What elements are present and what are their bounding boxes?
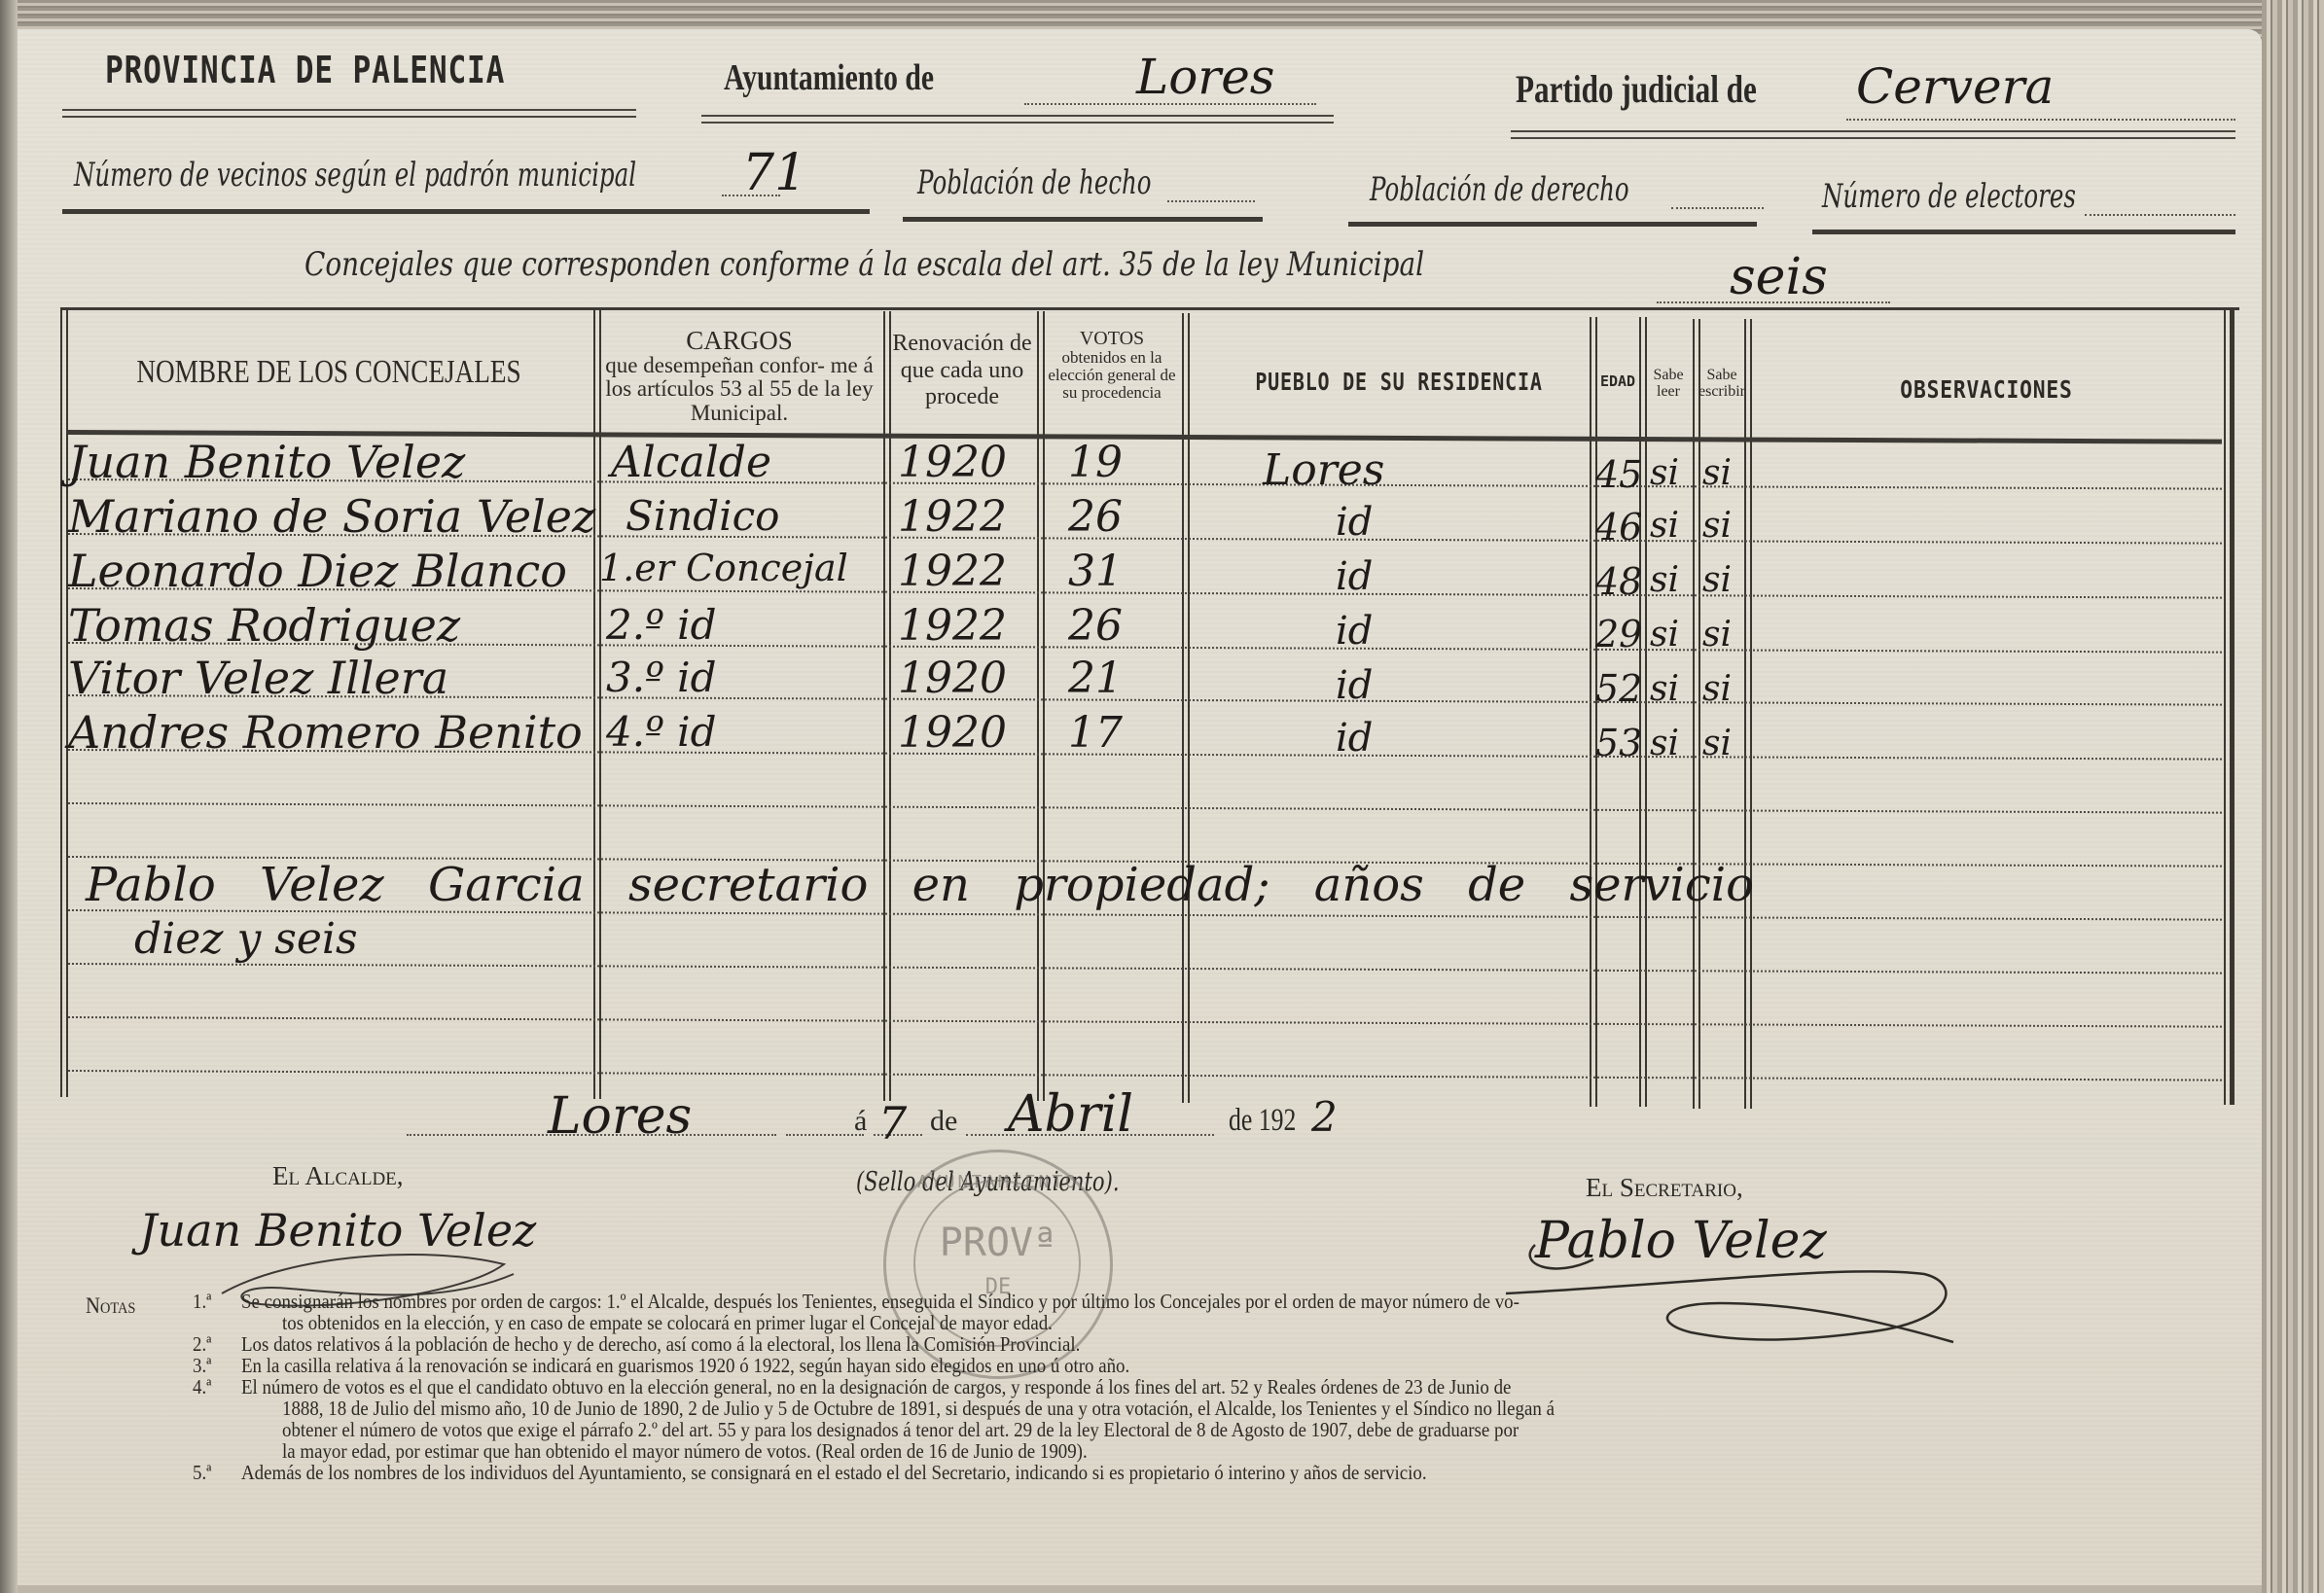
col-header-cargos-title: CARGOS (597, 327, 881, 354)
cell-escribir: si (1702, 506, 1732, 546)
date-day: 7 (878, 1097, 907, 1150)
rule (1511, 130, 2235, 139)
cell-edad: 53 (1595, 722, 1642, 764)
cell-renovacion: 1920 (898, 438, 1007, 487)
cell-edad: 45 (1595, 453, 1642, 496)
cell-renovacion: 1922 (898, 601, 1007, 651)
cell-renovacion: 1920 (898, 708, 1007, 758)
ayuntamiento-value: Lores (1136, 49, 1274, 105)
row-line (68, 802, 2222, 814)
concejales-value: seis (1730, 248, 1828, 306)
cell-pueblo: id (1336, 663, 1373, 708)
cell-escribir: si (1702, 560, 1732, 600)
cell-edad: 46 (1595, 506, 1642, 549)
cell-leer: si (1650, 506, 1679, 546)
note-number: 1.ª (193, 1292, 211, 1313)
cell-votos: 31 (1068, 547, 1123, 596)
col-header-cargos: CARGOS que desempeñan confor- me á los a… (597, 327, 881, 425)
cell-nombre: Mariano de Soria Velez (68, 490, 595, 543)
note-text: tos obtenidos en la elección, y en caso … (282, 1313, 1053, 1334)
cell-leer: si (1650, 615, 1679, 655)
derecho-label: Población de derecho (1370, 170, 1629, 209)
secretario-note-line2: diez y seis (134, 914, 358, 964)
date-year-digit: 2 (1311, 1093, 1338, 1141)
cell-pueblo: Lores (1263, 445, 1384, 495)
note-text: El número de votos es el que el candidat… (241, 1377, 1511, 1398)
secretario-label: El Secretario, (1586, 1173, 1743, 1203)
cell-pueblo: id (1336, 716, 1373, 761)
row-line (68, 1070, 2222, 1081)
col-divider (1639, 317, 1647, 1107)
cell-escribir: si (1702, 453, 1732, 493)
cell-votos: 17 (1068, 708, 1123, 758)
note-number: 5.ª (193, 1463, 211, 1484)
book-spine-edge (0, 0, 18, 1593)
cell-edad: 29 (1595, 613, 1642, 655)
cell-pueblo: id (1336, 554, 1373, 599)
col-divider (883, 311, 891, 1101)
col-header-edad: EDAD (1593, 374, 1642, 390)
cell-leer: si (1650, 453, 1679, 493)
notes-section: Notas 1.ª Se consignarán los nombres por… (86, 1295, 2226, 1558)
rule (701, 115, 1334, 124)
partido-label: Partido judicial de (1516, 66, 1757, 112)
book-page-stack (2262, 0, 2324, 1593)
col-header-renovacion: Renovación de que cada uno procede (889, 331, 1035, 411)
row-line (68, 1016, 2222, 1028)
cell-nombre: Leonardo Diez Blanco (68, 545, 567, 597)
vecinos-label: Número de vecinos según el padrón munici… (74, 156, 636, 195)
note-number: 4.ª (193, 1377, 211, 1398)
cell-edad: 52 (1595, 667, 1642, 710)
cell-votos: 26 (1068, 492, 1123, 542)
secretario-note-line1: Pablo Velez Garcia secretario en propied… (86, 858, 1754, 912)
notes-title: Notas (86, 1295, 135, 1317)
rule (62, 109, 636, 118)
cell-nombre: Juan Benito Velez (68, 436, 465, 488)
cell-nombre: Vitor Velez Illera (68, 652, 448, 704)
document-page: PROVINCIA DE PALENCIA Ayuntamiento de Lo… (18, 29, 2262, 1585)
note-number: 2.ª (193, 1334, 211, 1356)
col-divider (593, 309, 601, 1099)
cell-edad: 48 (1595, 560, 1642, 603)
a-dots (786, 1134, 864, 1136)
table-left-border (60, 307, 68, 1097)
col-header-escribir: Sabe escribir (1697, 368, 1747, 401)
cell-renovacion: 1920 (898, 654, 1007, 703)
cell-renovacion: 1922 (898, 492, 1007, 542)
cell-votos: 21 (1068, 654, 1123, 703)
rule (903, 217, 1263, 222)
cell-nombre: Tomas Rodriguez (68, 599, 460, 652)
cell-cargo: 1.er Concejal (599, 547, 848, 589)
cell-nombre: Andres Romero Benito (68, 706, 583, 759)
cell-cargo: 3.º id (606, 654, 717, 701)
cell-leer: si (1650, 724, 1679, 763)
cell-cargo: Alcalde (611, 438, 771, 487)
table-top-border (60, 307, 2239, 310)
col-header-pueblo: PUEBLO DE SU RESIDENCIA (1235, 370, 1562, 395)
col-divider (1037, 311, 1045, 1101)
rule (1812, 230, 2235, 234)
electores-label: Número de electores (1822, 177, 2076, 216)
col-header-votos-sub: obtenidos en la elección general de su p… (1043, 349, 1181, 402)
note-text: la mayor edad, por estimar que han obten… (282, 1441, 1088, 1463)
cell-cargo: 2.º id (606, 601, 717, 649)
hecho-label: Población de hecho (917, 163, 1152, 202)
date-a-label: á (854, 1105, 867, 1138)
col-header-nombre: NOMBRE DE LOS CONCEJALES (119, 355, 539, 390)
note-text: En la casilla relativa á la renovación s… (241, 1356, 1129, 1377)
note-number: 3.ª (193, 1356, 211, 1377)
alcalde-label: El Alcalde, (272, 1161, 404, 1191)
col-header-votos: VOTOS obtenidos en la elección general d… (1043, 329, 1181, 402)
cell-renovacion: 1922 (898, 547, 1007, 596)
row-line (68, 963, 2222, 974)
province-title: PROVINCIA DE PALENCIA (105, 49, 505, 91)
rule (62, 209, 870, 214)
note-text: Además de los nombres de los individuos … (241, 1463, 1427, 1484)
col-divider (1182, 313, 1190, 1103)
cell-pueblo: id (1336, 500, 1373, 545)
note-text: 1888, 18 de Julio del mismo año, 10 de J… (282, 1398, 1555, 1420)
cell-cargo: Sindico (626, 492, 779, 540)
vecinos-value: 71 (742, 144, 806, 202)
cell-votos: 19 (1068, 438, 1123, 487)
partido-value: Cervera (1856, 58, 2054, 115)
date-de-label: de (930, 1105, 957, 1138)
cell-escribir: si (1702, 724, 1732, 763)
rule (1348, 222, 1757, 227)
cell-pueblo: id (1336, 609, 1373, 654)
cell-escribir: si (1702, 669, 1732, 709)
derecho-dots (1671, 207, 1764, 209)
stamp-text-mid: PROVª (886, 1221, 1110, 1265)
stamp-text-top: AYUNTAMIENTO (886, 1172, 1110, 1192)
col-header-cargos-sub: que desempeñan confor- me á los artículo… (597, 354, 881, 424)
cell-leer: si (1650, 669, 1679, 709)
cell-escribir: si (1702, 615, 1732, 655)
table-right-border (2224, 307, 2235, 1105)
col-divider (1590, 317, 1597, 1107)
date-year-label: de 192 (1229, 1103, 1296, 1139)
note-text: Se consignarán los nombres por orden de … (241, 1292, 1520, 1313)
note-text: obtener el número de votos que exige el … (282, 1420, 1519, 1441)
date-place: Lores (548, 1087, 692, 1146)
concejales-scale-label: Concejales que corresponden conforme á l… (304, 245, 1424, 284)
date-month: Abril (1008, 1085, 1133, 1144)
cell-leer: si (1650, 560, 1679, 600)
ayuntamiento-label: Ayuntamiento de (724, 56, 934, 99)
cell-votos: 26 (1068, 601, 1123, 651)
col-header-observaciones: OBSERVACIONES (1786, 377, 2186, 403)
col-header-votos-title: VOTOS (1043, 329, 1181, 349)
electores-dots (2085, 214, 2235, 216)
note-text: Los datos relativos á la población de he… (241, 1334, 1080, 1356)
hecho-dots (1167, 200, 1255, 202)
col-header-leer: Sabe leer (1644, 368, 1693, 401)
partido-dots (1846, 119, 2235, 121)
cell-cargo: 4.º id (606, 708, 717, 756)
